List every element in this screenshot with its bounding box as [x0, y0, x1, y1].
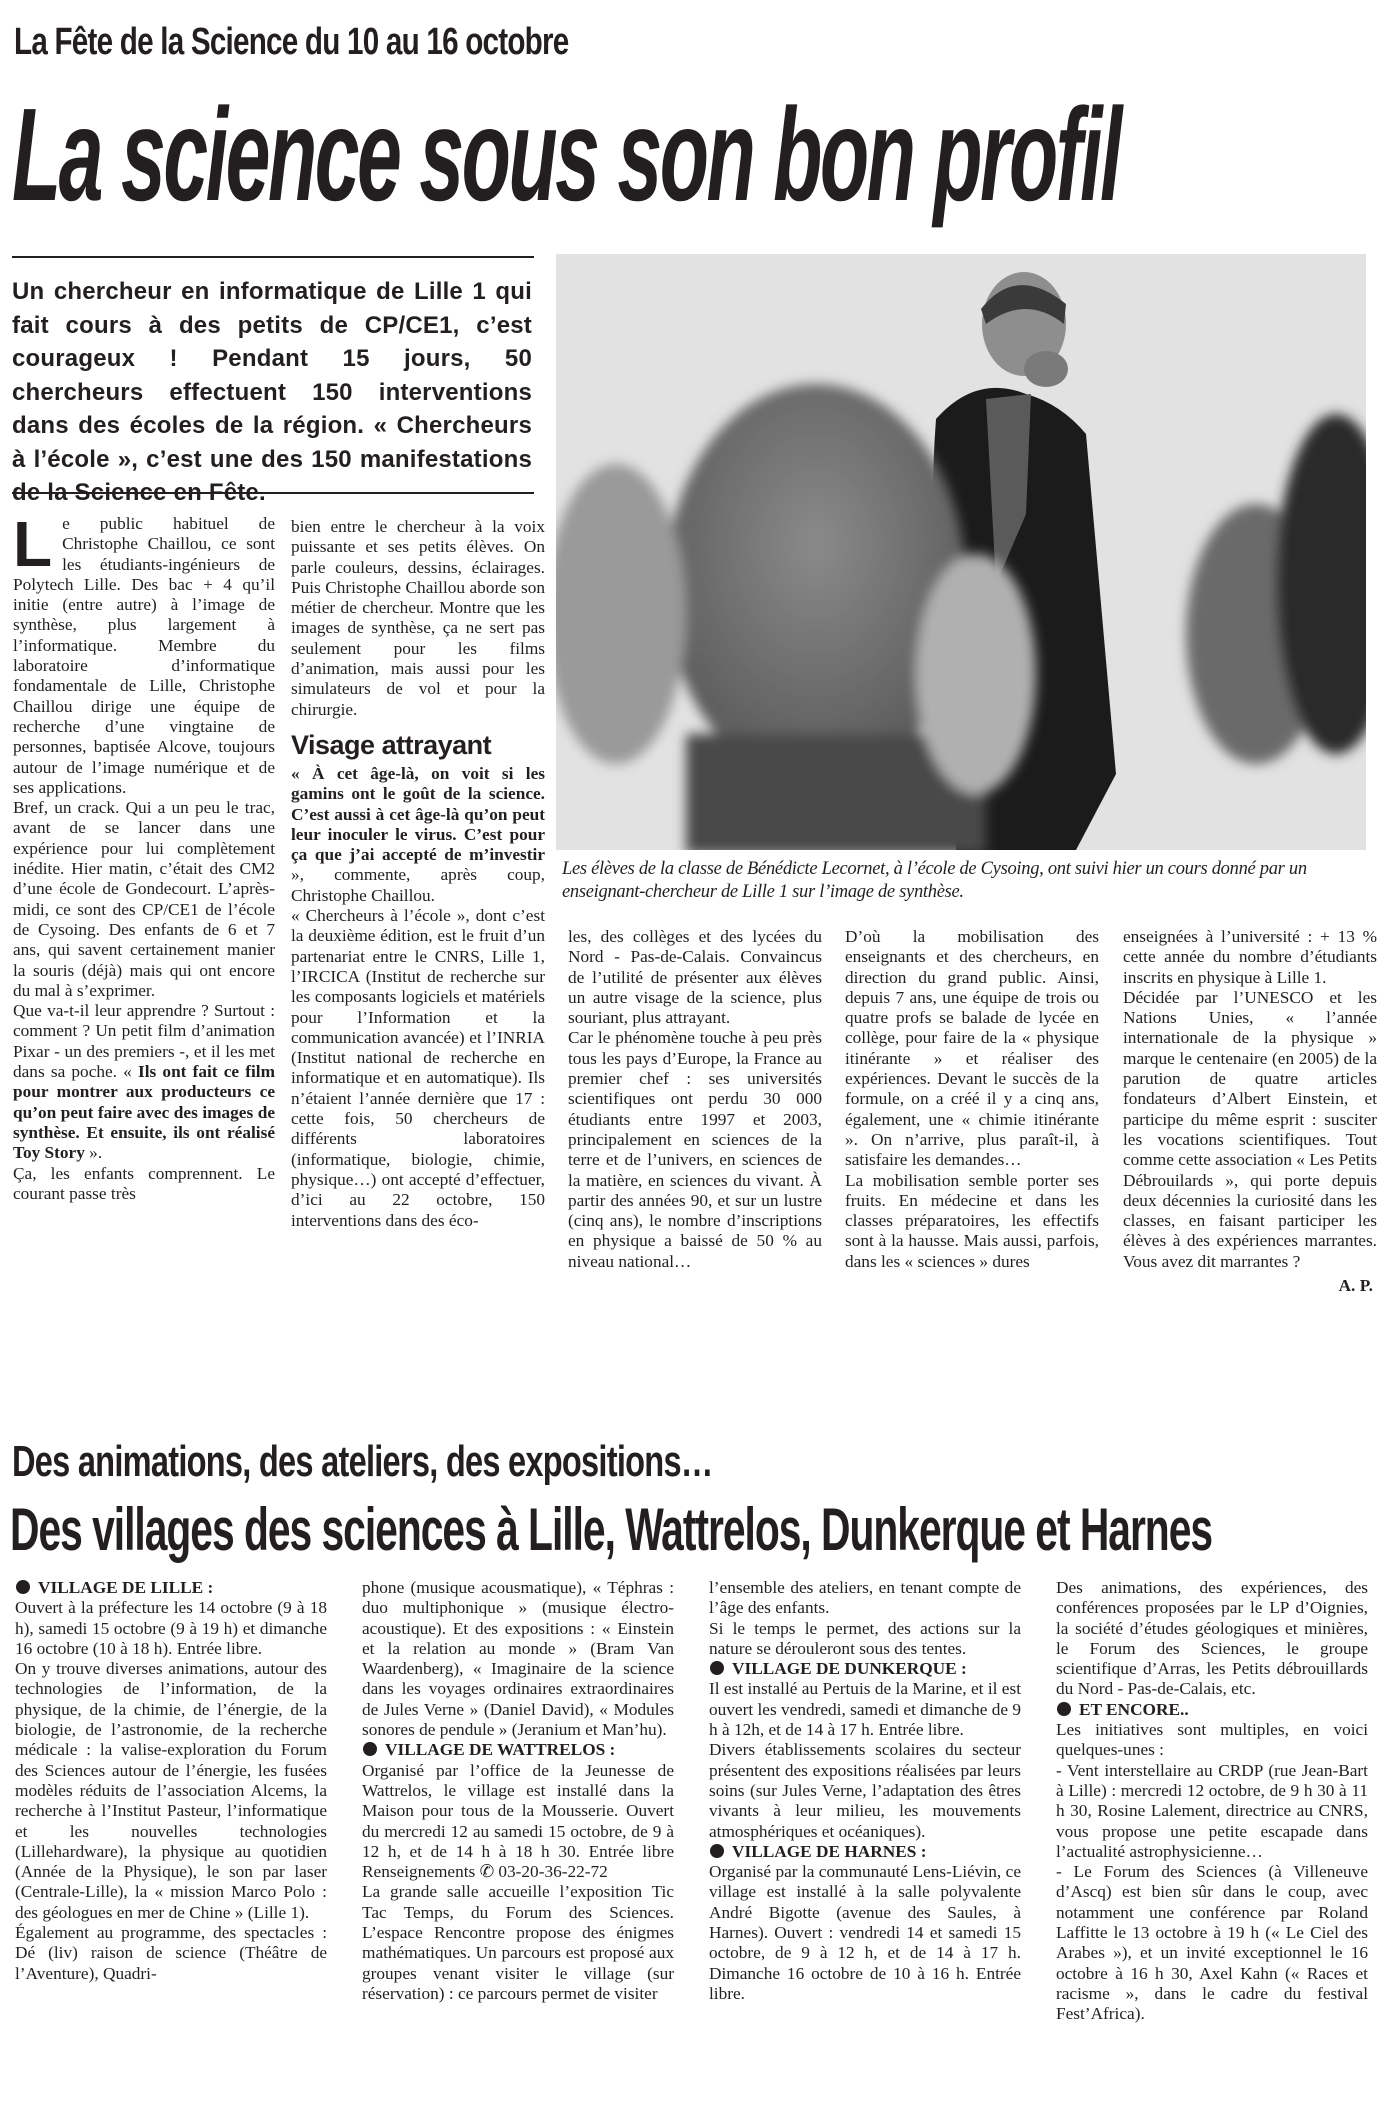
- village-dunkerque-heading: VILLAGE DE DUNKERQUE :: [709, 1659, 1021, 1679]
- villages-column-3: l’ensemble des ateliers, en tenant compt…: [709, 1578, 1021, 2004]
- chapo-bottom-rule: [12, 492, 534, 494]
- paragraph: bien entre le chercheur à la voix puissa…: [291, 517, 545, 720]
- paragraph: Ça, les enfants comprennent. Le courant …: [13, 1164, 275, 1205]
- paragraph: e public habituel de Christophe Chaillou…: [13, 514, 275, 798]
- paragraph: l’ensemble des ateliers, en tenant compt…: [709, 1578, 1021, 1619]
- photo-caption: Les élèves de la classe de Bénédicte Lec…: [562, 858, 1382, 904]
- paragraph: Également au programme, des spectacles :…: [15, 1923, 327, 1984]
- paragraph: On y trouve diverses animations, autour …: [15, 1659, 327, 1923]
- paragraph: enseignées à l’université : + 13 % cette…: [1123, 927, 1377, 988]
- paragraph: Divers établissements scolaires du secte…: [709, 1740, 1021, 1841]
- paragraph: La grande salle accueille l’exposition T…: [362, 1882, 674, 2004]
- paragraph: « À cet âge-là, on voit si les gamins on…: [291, 764, 545, 906]
- paragraph: Organisé par l’office de la Jeunesse de …: [362, 1761, 674, 1883]
- bullet-icon: [363, 1742, 377, 1756]
- villages-headline: Des villages des sciences à Lille, Wattr…: [10, 1500, 1212, 1560]
- article-chapo: Un chercheur en informatique de Lille 1 …: [12, 275, 532, 510]
- paragraph: Des animations, des expériences, des con…: [1056, 1578, 1368, 1700]
- paragraph: Bref, un crack. Qui a un peu le trac, av…: [13, 798, 275, 1001]
- article-column-3: les, des collèges et des lycées du Nord …: [568, 927, 822, 1272]
- paragraph: D’où la mobilisation des enseignants et …: [845, 927, 1099, 1171]
- bullet-icon: [1057, 1702, 1071, 1716]
- paragraph: « Chercheurs à l’école », dont c’est la …: [291, 906, 545, 1231]
- paragraph: Les initiatives sont multiples, en voici…: [1056, 1720, 1368, 1761]
- article-column-5: enseignées à l’université : + 13 % cette…: [1123, 927, 1377, 1296]
- bullet-icon: [710, 1844, 724, 1858]
- paragraph: Organisé par la communauté Lens-Liévin, …: [709, 1862, 1021, 2004]
- villages-kicker: Des animations, des ateliers, des exposi…: [12, 1437, 713, 1487]
- paragraph: Car le phénomène touche à peu près tous …: [568, 1028, 822, 1272]
- paragraph: La mobilisation semble porter ses fruits…: [845, 1171, 1099, 1272]
- article-headline: La science sous son bon profil: [12, 90, 1120, 220]
- paragraph: Décidée par l’UNESCO et les Nations Unie…: [1123, 988, 1377, 1272]
- village-harnes-heading: VILLAGE DE HARNES :: [709, 1842, 1021, 1862]
- article-column-1: L e public habituel de Christophe Chaill…: [13, 514, 275, 1204]
- villages-column-1: VILLAGE DE LILLE : Ouvert à la préfectur…: [15, 1578, 327, 1984]
- bullet-icon: [710, 1661, 724, 1675]
- et-encore-heading: ET ENCORE..: [1056, 1700, 1368, 1720]
- paragraph: Que va-t-il leur apprendre ? Surtout : c…: [13, 1001, 275, 1163]
- article-column-2: bien entre le chercheur à la voix puissa…: [291, 517, 545, 1231]
- paragraph: - Le Forum des Sciences (à Villeneuve d’…: [1056, 1862, 1368, 2024]
- quote-bold: « À cet âge-là, on voit si les gamins on…: [291, 764, 545, 864]
- article-column-4: D’où la mobilisation des enseignants et …: [845, 927, 1099, 1272]
- villages-column-2: phone (musique acousmatique), « Téphras …: [362, 1578, 674, 2004]
- village-lille-heading: VILLAGE DE LILLE :: [15, 1578, 327, 1598]
- article-photo: [556, 254, 1366, 850]
- village-wattrelos-heading: VILLAGE DE WATTRELOS :: [362, 1740, 674, 1760]
- drop-cap: L: [13, 518, 52, 572]
- villages-column-4: Des animations, des expériences, des con…: [1056, 1578, 1368, 2025]
- paragraph: Si le temps le permet, des actions sur l…: [709, 1619, 1021, 1660]
- subheading: Visage attrayant: [291, 730, 545, 760]
- author-signature: A. P.: [1123, 1276, 1377, 1296]
- classroom-photo-illustration: [556, 254, 1366, 850]
- chapo-top-rule: [12, 256, 534, 258]
- article-kicker: La Fête de la Science du 10 au 16 octobr…: [14, 20, 568, 64]
- paragraph: les, des collèges et des lycées du Nord …: [568, 927, 822, 1028]
- bullet-icon: [16, 1580, 30, 1594]
- paragraph: phone (musique acousmatique), « Téphras …: [362, 1578, 674, 1740]
- paragraph: Ouvert à la préfecture les 14 octobre (9…: [15, 1598, 327, 1659]
- paragraph: - Vent interstellaire au CRDP (rue Jean-…: [1056, 1761, 1368, 1862]
- paragraph: Il est installé au Pertuis de la Marine,…: [709, 1679, 1021, 1740]
